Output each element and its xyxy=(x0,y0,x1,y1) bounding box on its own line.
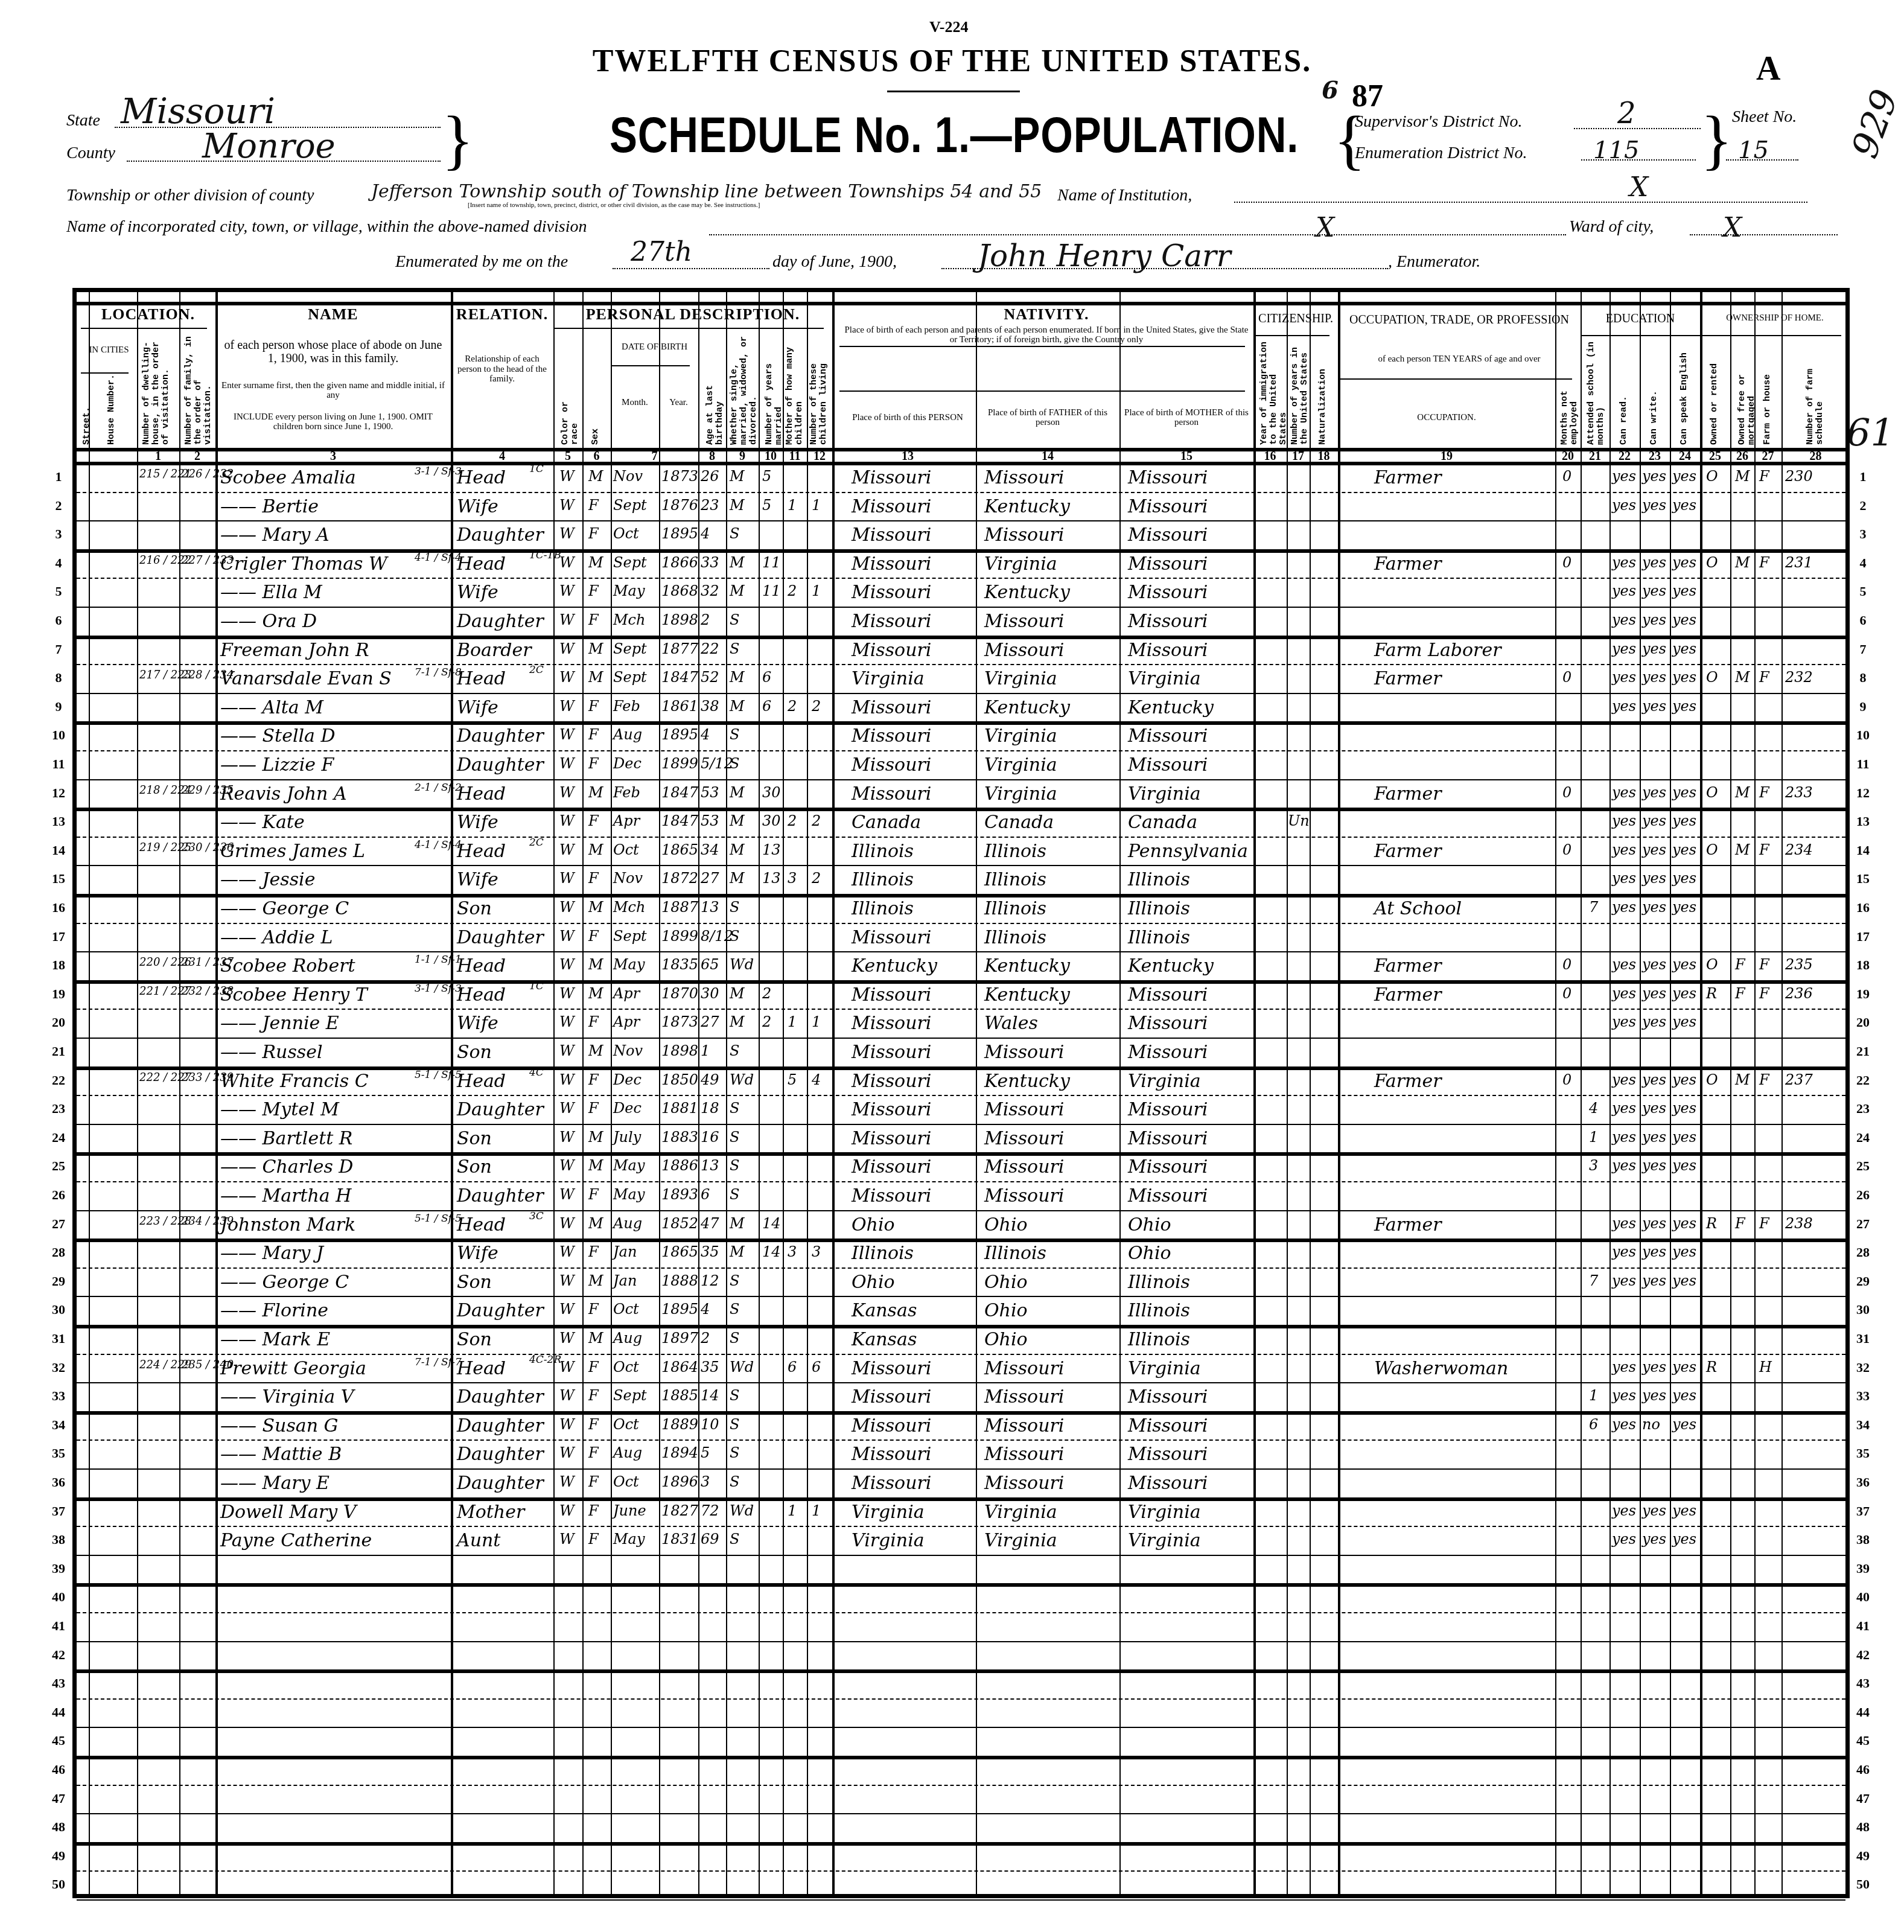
enumerated-day-line xyxy=(613,268,769,269)
years-married: 14 xyxy=(762,1216,781,1231)
birthplace-person: Missouri xyxy=(852,756,931,774)
can-read: yes xyxy=(1612,1274,1636,1288)
row-divider xyxy=(77,1899,1845,1901)
can-write: yes xyxy=(1642,1130,1666,1144)
birthplace-person: Missouri xyxy=(852,1044,931,1062)
row-divider xyxy=(77,923,1845,924)
row-number-left: 25 xyxy=(46,1158,71,1176)
row-number-left: 15 xyxy=(46,871,71,889)
birth-month: Feb xyxy=(613,699,640,713)
birthplace-person: Missouri xyxy=(852,986,931,1004)
can-speak-english: yes xyxy=(1672,871,1696,885)
marital-status: S xyxy=(730,900,739,914)
can-write: yes xyxy=(1642,900,1666,914)
header-ownership: OWNERSHIP OF HOME. xyxy=(1700,302,1850,335)
birth-year: 1831 xyxy=(661,1532,698,1546)
color-race: W xyxy=(559,727,575,742)
row-number-right: 11 xyxy=(1851,756,1875,774)
column-number-20: 20 xyxy=(1555,450,1581,462)
row-number-right: 29 xyxy=(1851,1274,1875,1292)
birth-year: 1887 xyxy=(661,900,698,914)
birthplace-person: Missouri xyxy=(852,469,931,487)
can-read: yes xyxy=(1612,1388,1636,1403)
column-divider xyxy=(215,292,218,1894)
birthplace-mother: Pennsylvania xyxy=(1128,843,1248,861)
owned-or-rented: O xyxy=(1706,785,1718,800)
color-race: W xyxy=(559,1388,575,1403)
birthplace-father: Ohio xyxy=(984,1274,1028,1292)
years-married: 30 xyxy=(762,814,781,828)
birth-year: 1866 xyxy=(661,555,698,570)
column-number-19: 19 xyxy=(1338,450,1555,462)
can-write: yes xyxy=(1642,555,1666,570)
birthplace-father: Missouri xyxy=(984,526,1064,544)
relation: Head xyxy=(457,986,506,1004)
can-write: yes xyxy=(1642,1216,1666,1231)
sex: F xyxy=(588,613,599,627)
birthplace-person: Missouri xyxy=(852,1101,931,1119)
column-number-14: 14 xyxy=(976,450,1119,462)
farm-schedule-number: 236 xyxy=(1785,986,1813,1001)
color-race: W xyxy=(559,1130,575,1144)
relation: Mother xyxy=(457,1503,524,1522)
can-speak-english: yes xyxy=(1672,469,1696,483)
row-divider xyxy=(77,721,1845,725)
occupation: At School xyxy=(1374,900,1462,918)
row-divider xyxy=(77,1526,1845,1527)
row-divider xyxy=(77,693,1845,694)
can-speak-english: yes xyxy=(1672,986,1696,1001)
row-number-left: 34 xyxy=(46,1417,71,1435)
institution-label: Name of Institution, xyxy=(1057,186,1192,205)
birthplace-person: Missouri xyxy=(852,1475,931,1493)
occupation: Washerwoman xyxy=(1374,1360,1508,1378)
birthplace-father: Kentucky xyxy=(984,584,1070,602)
owned-or-rented: O xyxy=(1706,469,1718,483)
free-or-mortgaged: F xyxy=(1735,1216,1745,1231)
relation: Daughter xyxy=(457,1388,544,1406)
birth-year: 1883 xyxy=(661,1130,698,1144)
birthplace-person: Missouri xyxy=(852,1130,931,1148)
birthplace-mother: Kentucky xyxy=(1128,957,1214,975)
relation-note: 1C xyxy=(529,463,544,475)
birthplace-mother: Illinois xyxy=(1128,900,1190,918)
header-name-desc: of each person whose place of abode on J… xyxy=(221,328,445,376)
row-divider xyxy=(77,1066,1845,1070)
row-number-right: 1 xyxy=(1851,469,1875,487)
row-divider xyxy=(1253,335,1329,336)
birthplace-person: Missouri xyxy=(852,642,931,660)
relation: Daughter xyxy=(457,756,544,774)
row-number-right: 48 xyxy=(1851,1819,1875,1837)
person-name: —— Lizzie F xyxy=(220,756,334,774)
birthplace-person: Virginia xyxy=(852,670,925,688)
birthplace-father: Ohio xyxy=(984,1331,1028,1349)
farm-schedule-number: 233 xyxy=(1785,785,1813,800)
column-divider xyxy=(1338,292,1340,1894)
sex: M xyxy=(588,555,603,570)
column-divider xyxy=(137,292,138,1894)
relation-note: 2C xyxy=(529,837,544,849)
owned-or-rented: R xyxy=(1706,1216,1717,1231)
birth-year: 1876 xyxy=(661,498,698,512)
enumerated-suffix: day of June, 1900, xyxy=(772,252,897,272)
color-race: W xyxy=(559,957,575,972)
relation: Head xyxy=(457,1216,506,1234)
birthplace-person: Missouri xyxy=(852,1015,931,1033)
birthplace-mother: Missouri xyxy=(1128,1130,1208,1148)
sex: M xyxy=(588,957,603,972)
header-name-note-2: INCLUDE every person living on June 1, 1… xyxy=(221,407,445,436)
birthplace-mother: Missouri xyxy=(1128,1446,1208,1464)
birth-month: Sept xyxy=(613,1388,647,1403)
age: 33 xyxy=(701,555,719,570)
birthplace-father: Missouri xyxy=(984,1417,1064,1435)
years-married: 11 xyxy=(762,584,781,598)
school-months: 7 xyxy=(1589,900,1598,914)
row-number-left: 23 xyxy=(46,1101,71,1119)
row-divider xyxy=(77,1583,1845,1587)
birthplace-father: Missouri xyxy=(984,1101,1064,1119)
age: 8/12 xyxy=(701,929,733,943)
marital-status: S xyxy=(730,1417,739,1432)
sex: F xyxy=(588,1302,599,1316)
birthplace-mother: Missouri xyxy=(1128,1187,1208,1205)
can-write: yes xyxy=(1642,613,1666,627)
birth-year: 1872 xyxy=(661,871,698,885)
person-name: Freeman John R xyxy=(220,642,369,660)
header-occupation: OCCUPATION. xyxy=(1338,391,1555,445)
row-number-left: 2 xyxy=(46,498,71,516)
can-speak-english: yes xyxy=(1672,1216,1696,1231)
can-speak-english: yes xyxy=(1672,670,1696,684)
birth-year: 1895 xyxy=(661,727,698,742)
county-label: County xyxy=(66,144,115,163)
can-read: yes xyxy=(1612,1417,1636,1432)
person-name: —— Charles D xyxy=(220,1158,353,1176)
relation: Daughter xyxy=(457,1446,544,1464)
row-divider xyxy=(77,1468,1845,1470)
can-write: yes xyxy=(1642,469,1666,483)
birthplace-person: Missouri xyxy=(852,555,931,573)
header-street: Street. xyxy=(82,374,89,445)
can-speak-english: yes xyxy=(1672,900,1696,914)
column-divider xyxy=(582,292,584,1894)
person-name: —— Bartlett R xyxy=(220,1130,352,1148)
birth-month: Oct xyxy=(613,843,639,857)
birth-year: 1896 xyxy=(661,1475,698,1489)
city-value: X xyxy=(1316,212,1334,243)
birthplace-mother: Virginia xyxy=(1128,1532,1201,1550)
birthplace-person: Canada xyxy=(852,814,921,832)
birthplace-father: Missouri xyxy=(984,469,1064,487)
header-farm-schedule: Number of farm schedule xyxy=(1806,337,1818,445)
column-number-21: 21 xyxy=(1581,450,1609,462)
column-divider xyxy=(832,292,835,1894)
farm-or-house: F xyxy=(1759,957,1769,972)
column-divider xyxy=(659,292,660,1894)
row-number-right: 9 xyxy=(1851,699,1875,717)
header-farm-or-house: Farm or house xyxy=(1763,366,1775,445)
birth-year: 1847 xyxy=(661,785,698,800)
person-name: —— Jennie E xyxy=(220,1015,339,1033)
row-number-right: 7 xyxy=(1851,642,1875,660)
row-number-left: 8 xyxy=(46,670,71,688)
can-read: yes xyxy=(1612,843,1636,857)
children-living: 2 xyxy=(812,814,821,828)
relation: Son xyxy=(457,900,492,918)
children-living: 1 xyxy=(812,1503,821,1518)
age: 26 xyxy=(701,469,719,483)
marital-status: M xyxy=(730,871,745,885)
column-divider xyxy=(451,292,453,1894)
row-divider xyxy=(77,1870,1845,1872)
birth-year: 1897 xyxy=(661,1331,698,1345)
column-number-23: 23 xyxy=(1640,450,1670,462)
mother-of-children: 1 xyxy=(788,1503,797,1518)
row-number-left: 22 xyxy=(46,1073,71,1091)
can-speak-english: yes xyxy=(1672,785,1696,800)
birthplace-person: Ohio xyxy=(852,1216,895,1234)
person-name: —— Alta M xyxy=(220,699,323,717)
occupation: Farmer xyxy=(1374,670,1442,688)
age: 32 xyxy=(701,584,719,598)
row-number-left: 17 xyxy=(46,929,71,947)
column-divider xyxy=(1555,292,1556,1894)
color-race: W xyxy=(559,1158,575,1173)
header-immigration-year: Year of immigration to the United States xyxy=(1259,337,1284,445)
color-race: W xyxy=(559,1302,575,1316)
row-number-right: 35 xyxy=(1851,1446,1875,1464)
row-number-left: 43 xyxy=(46,1675,71,1694)
person-name: —— Mary E xyxy=(220,1475,330,1493)
relation: Wife xyxy=(457,1245,498,1263)
can-speak-english: yes xyxy=(1672,498,1696,512)
birth-month: Aug xyxy=(613,1331,642,1345)
marital-status: M xyxy=(730,498,745,512)
marital-status: S xyxy=(730,1130,739,1144)
children-living: 1 xyxy=(812,584,821,598)
column-number-10: 10 xyxy=(759,450,783,462)
birth-year: 1895 xyxy=(661,526,698,541)
birth-year: 1865 xyxy=(661,1245,698,1259)
row-number-left: 5 xyxy=(46,584,71,602)
row-divider xyxy=(77,779,1845,780)
can-read: yes xyxy=(1612,555,1636,570)
row-divider xyxy=(77,1555,1845,1556)
farm-or-house: F xyxy=(1759,1216,1769,1231)
birth-year: 1894 xyxy=(661,1446,698,1460)
header-can-write: Can write. xyxy=(1649,384,1661,445)
row-divider xyxy=(77,837,1845,838)
row-number-left: 41 xyxy=(46,1618,71,1636)
header-relation: RELATION. xyxy=(451,302,553,328)
row-number-right: 3 xyxy=(1851,526,1875,544)
birth-year: 1847 xyxy=(661,670,698,684)
mother-of-children: 1 xyxy=(788,498,797,512)
citizenship-note: Un xyxy=(1288,814,1310,828)
birthplace-mother: Missouri xyxy=(1128,1015,1208,1033)
row-number-right: 24 xyxy=(1851,1130,1875,1148)
years-married: 6 xyxy=(762,670,771,684)
row-number-left: 28 xyxy=(46,1245,71,1263)
header-color: Color or race xyxy=(561,378,573,445)
person-name: —— Martha H xyxy=(220,1187,351,1205)
age: 22 xyxy=(701,642,719,656)
header-naturalization: Naturalization xyxy=(1318,342,1330,445)
birth-year: 1865 xyxy=(661,843,698,857)
birthplace-father: Kentucky xyxy=(984,986,1070,1004)
age: 4 xyxy=(701,526,710,541)
marital-status: M xyxy=(730,785,745,800)
relation: Son xyxy=(457,1158,492,1176)
row-number-left: 9 xyxy=(46,699,71,717)
column-number-4: 4 xyxy=(451,450,553,462)
row-number-right: 43 xyxy=(1851,1675,1875,1694)
row-number-right: 26 xyxy=(1851,1187,1875,1205)
free-or-mortgaged: M xyxy=(1735,555,1750,570)
age: 35 xyxy=(701,1360,719,1374)
header-age: Age at last birthday xyxy=(705,342,718,445)
birth-month: Sept xyxy=(613,642,647,656)
farm-schedule-number: 232 xyxy=(1785,670,1813,684)
children-living: 2 xyxy=(812,699,821,713)
mother-of-children: 5 xyxy=(788,1073,797,1087)
birthplace-father: Missouri xyxy=(984,1475,1064,1493)
months-unemployed: 0 xyxy=(1562,555,1571,570)
age: 13 xyxy=(701,1158,719,1173)
column-divider xyxy=(726,292,727,1894)
birthplace-mother: Missouri xyxy=(1128,986,1208,1004)
age: 47 xyxy=(701,1216,719,1231)
can-read: yes xyxy=(1612,871,1636,885)
header-sex: Sex xyxy=(591,403,603,445)
column-divider xyxy=(1581,292,1582,1894)
can-speak-english: yes xyxy=(1672,1101,1696,1115)
header-dwelling-number: Number of dwelling-house, in the order o… xyxy=(142,330,178,445)
row-divider xyxy=(77,1325,1845,1328)
column-number-11: 11 xyxy=(783,450,807,462)
birthplace-father: Canada xyxy=(984,814,1054,832)
sex: F xyxy=(588,526,599,541)
birthplace-mother: Ohio xyxy=(1128,1245,1171,1263)
birthplace-person: Missouri xyxy=(852,498,931,516)
birth-year: 1868 xyxy=(661,584,698,598)
row-divider xyxy=(77,520,1845,521)
can-write: yes xyxy=(1642,670,1666,684)
column-number-2: 2 xyxy=(179,450,215,462)
sex: M xyxy=(588,1274,603,1288)
color-race: W xyxy=(559,526,575,541)
years-married: 6 xyxy=(762,699,771,713)
row-number-right: 17 xyxy=(1851,929,1875,947)
relation: Son xyxy=(457,1274,492,1292)
occupation: Farmer xyxy=(1374,986,1442,1004)
can-read: yes xyxy=(1612,469,1636,483)
years-married: 5 xyxy=(762,498,771,512)
enumerator-note: 4-1 / Sf-4 xyxy=(415,552,462,564)
birthplace-mother: Missouri xyxy=(1128,613,1208,631)
row-divider xyxy=(77,1009,1845,1010)
column-number-26: 26 xyxy=(1730,450,1754,462)
column-divider xyxy=(1781,292,1783,1894)
years-married: 11 xyxy=(762,555,781,570)
column-number-12: 12 xyxy=(807,450,832,462)
row-number-left: 49 xyxy=(46,1848,71,1866)
header-house-number: House Number. xyxy=(107,374,119,445)
birth-year: 1885 xyxy=(661,1388,698,1403)
row-number-right: 38 xyxy=(1851,1532,1875,1550)
children-living: 4 xyxy=(812,1073,821,1087)
sex: F xyxy=(588,699,599,713)
can-read: yes xyxy=(1612,785,1636,800)
can-speak-english: yes xyxy=(1672,1158,1696,1173)
birthplace-mother: Illinois xyxy=(1128,1302,1190,1320)
can-write: yes xyxy=(1642,843,1666,857)
birthplace-person: Kansas xyxy=(852,1302,917,1320)
sex: M xyxy=(588,1130,603,1144)
row-number-left: 7 xyxy=(46,642,71,660)
farm-schedule-number: 234 xyxy=(1785,843,1813,857)
row-divider xyxy=(611,365,690,366)
supervisor-label: Supervisor's District No. xyxy=(1355,112,1522,132)
birth-month: Nov xyxy=(613,871,643,885)
can-write: yes xyxy=(1642,1274,1666,1288)
owned-or-rented: O xyxy=(1706,555,1718,570)
occupation: Farmer xyxy=(1374,957,1442,975)
row-number-left: 32 xyxy=(46,1360,71,1378)
row-number-left: 42 xyxy=(46,1647,71,1665)
years-married: 14 xyxy=(762,1245,781,1259)
age: 6 xyxy=(701,1187,710,1202)
row-number-left: 14 xyxy=(46,843,71,861)
farm-or-house: H xyxy=(1759,1360,1772,1374)
person-name: Reavis John A xyxy=(220,785,347,803)
row-number-right: 46 xyxy=(1851,1762,1875,1780)
free-or-mortgaged: M xyxy=(1735,785,1750,800)
children-living: 1 xyxy=(812,1015,821,1029)
row-divider xyxy=(77,1411,1845,1415)
sex: M xyxy=(588,642,603,656)
birth-month: Dec xyxy=(613,1101,642,1115)
state-value: Missouri xyxy=(121,91,275,132)
header-free-or-mortgaged: Owned free or mortgaged xyxy=(1737,337,1750,445)
row-divider xyxy=(77,750,1845,751)
person-name: Scobee Robert xyxy=(220,957,355,975)
enumerator-note: 5-1 / Sf-5 xyxy=(415,1213,462,1225)
relation: Aunt xyxy=(457,1532,500,1550)
color-race: W xyxy=(559,1216,575,1231)
township-label: Township or other division of county xyxy=(66,186,314,205)
column-divider xyxy=(976,292,977,1894)
row-number-right: 50 xyxy=(1851,1876,1875,1895)
birthplace-father: Missouri xyxy=(984,1360,1064,1378)
column-divider xyxy=(89,292,90,1894)
person-name: Grimes James L xyxy=(220,843,365,861)
header-occupation-trade: OCCUPATION, TRADE, OR PROFESSION xyxy=(1338,302,1581,338)
color-race: W xyxy=(559,584,575,598)
birthplace-mother: Illinois xyxy=(1128,1331,1190,1349)
margin-stamp: 929 xyxy=(1844,84,1904,164)
owned-or-rented: O xyxy=(1706,1073,1718,1087)
row-number-left: 44 xyxy=(46,1704,71,1723)
age: 4 xyxy=(701,1302,710,1316)
row-number-right: 49 xyxy=(1851,1848,1875,1866)
birth-month: Sept xyxy=(613,929,647,943)
birthplace-father: Virginia xyxy=(984,785,1057,803)
row-number-left: 30 xyxy=(46,1302,71,1320)
birthplace-father: Missouri xyxy=(984,1187,1064,1205)
